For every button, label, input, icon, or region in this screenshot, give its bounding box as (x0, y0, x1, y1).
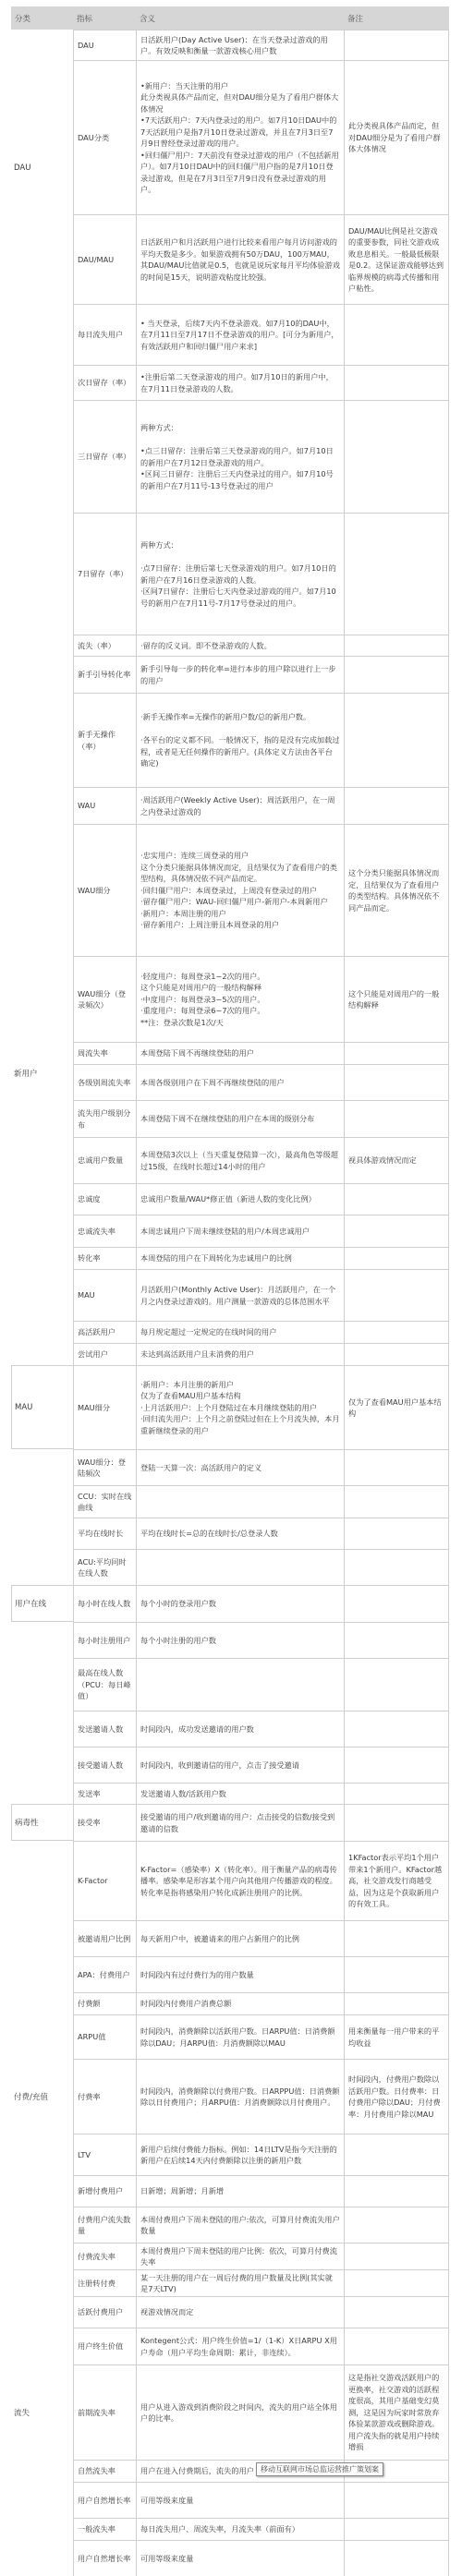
metric-cell: WAU细分：登陆频次 (73, 1449, 136, 1485)
meaning-cell: 时间段内有过付费行为的用户数量 (136, 1956, 344, 1992)
metric-cell-text: 每小时在线人数 (78, 1598, 130, 1610)
metric-cell-text: 付费额 (78, 1998, 101, 2010)
meaning-cell: 两种方式： ·点7日留存：注册后第七天登录游戏的用户。如7月10日的新用户在7月… (136, 513, 344, 635)
note-cell (344, 2518, 449, 2540)
note-cell: 这个只能是对周用户的一般结构解释 (344, 956, 449, 1042)
note-cell: 时间段内，付费用户数除以活跃用户数。日付费率：日付费用户除以DAU；月付费率：月… (344, 2059, 449, 2134)
metric-cell-text: 新手无操作（率） (78, 729, 132, 752)
note-cell (344, 2134, 449, 2175)
meaning-cell: ·新用户：本月注册的新用户 仅为了查看MAU用户基本结构 ·上月活跃用户：上个月… (136, 1365, 344, 1449)
table-row: DAU分类•新用户：当天注册的用户 此分类视具体产品而定，但对DAU细分是为了看… (11, 60, 449, 214)
metric-cell-text: 付费用户流失数量 (78, 2214, 132, 2237)
note-cell: 用来衡量每一用户带来的平均收益 (344, 2014, 449, 2059)
metric-cell-text: K-Factor (78, 1875, 108, 1887)
note-cell (344, 2269, 449, 2296)
table-row: 新增付费用户日新增；周新增；月新增 (11, 2175, 449, 2207)
table-row: 每小时注册用户每个小时注册的用户数 (11, 1622, 449, 1658)
meaning-cell-text: 时间段内，收到邀请信的用户，点击了接受邀请 (140, 1760, 299, 1772)
meaning-cell: 可用等级来度量 (136, 2482, 344, 2518)
note-cell-text: 视具体游戏情况而定 (348, 1155, 417, 1167)
metric-cell: DAU/MAU (73, 214, 136, 304)
meaning-cell: 视游戏情况而定 (136, 2296, 344, 2328)
metric-cell: 三日留存（率） (73, 400, 136, 513)
meaning-cell: 日新增；周新增；月新增 (136, 2175, 344, 2207)
table-row: 忠诚用户数量本周登陆3次以上（当天重复登陆算一次），最高角色等级超过15级，在线… (11, 1137, 449, 1183)
note-cell: 此分类视具体产品而定，但对DAU细分是为了看用户群体大体情况 (344, 60, 449, 214)
hover-tooltip: 移动互联网市场总监运营推广策划案 (256, 2462, 383, 2476)
meaning-cell: 某一天注册的用户在一周后付费的用户数量及比例(其实就是7天LTV) (136, 2269, 344, 2296)
metric-cell: 付费额 (73, 1992, 136, 2014)
metric-cell: 各级别周流失率 (73, 1064, 136, 1100)
metric-cell: 用户终生价值 (73, 2328, 136, 2364)
table-row: 每小时在线人数每个小时的登录用户数 (11, 1585, 449, 1622)
note-cell-text: 时间段内，付费用户数除以活跃用户数。日付费率：日付费用户除以DAU；月付费率：月… (348, 2074, 444, 2120)
metric-cell: 接受邀请人数 (73, 1747, 136, 1783)
meaning-cell: 时间段内，成功发送邀请的用户数 (136, 1711, 344, 1747)
header-meaning: 含义 (140, 13, 155, 24)
meaning-cell-text: 每日流失用户、周流失率，月流失率（前面有） (140, 2523, 299, 2535)
note-cell: DAU/MAU比例是社交游戏的重要参数，同社交游戏成败息息相关。一般最低极限是0… (344, 214, 449, 304)
metric-cell: 新增付费用户 (73, 2175, 136, 2207)
note-cell (344, 2175, 449, 2207)
meaning-cell-text: 本周付费用户下周未登陆的用户比例：依次，可算月付费流失率 (140, 2245, 340, 2268)
note-cell (344, 1585, 449, 1622)
metric-cell-text: 发送邀请人数 (78, 1723, 123, 1735)
table-row: MAU月活跃用户(Monthly Active User)：月活跃用户，在一个月… (11, 1269, 449, 1321)
table-row: 新手引导转化率新手引导每一步的转化率=进行本步的用户除以进行上一步的用户 (11, 656, 449, 693)
note-cell (344, 365, 449, 400)
meaning-cell-text: 本周各级别用户在下周不再继续登陆的用户 (140, 1077, 285, 1089)
metric-cell: APA：付费用户 (73, 1956, 136, 1992)
metric-cell-text: 被邀请用户比例 (78, 1933, 130, 1945)
meaning-cell-text: 每个小时的登录用户数 (140, 1598, 216, 1610)
meaning-cell-text: 发送邀请人数/活跃用户数 (140, 1788, 226, 1800)
note-cell (344, 656, 449, 693)
note-cell (344, 1269, 449, 1321)
note-cell (344, 2328, 449, 2364)
meaning-cell: 每个小时注册的用户数 (136, 1622, 344, 1658)
metric-cell: 流失用户级别分布 (73, 1100, 136, 1137)
metric-cell: 尝试用户 (73, 1343, 136, 1365)
category-label: 病毒性 (11, 1804, 73, 1841)
metric-cell-text: 7日留存（率） (78, 568, 128, 580)
meaning-cell: 每天新用户中，被邀请来的用户占新用户的比例 (136, 1920, 344, 1956)
table-row: 被邀请用户比例每天新用户中，被邀请来的用户占新用户的比例 (11, 1920, 449, 1956)
meaning-cell: 时间段内付费用户消费总额 (136, 1992, 344, 2014)
meaning-cell: 本周登陆下周不再继续登陆的用户 (136, 1042, 344, 1064)
metric-cell: ACU:平均同时在线人数 (73, 1549, 136, 1585)
meaning-cell-text: 忠诚用户数量/WAU*修正值（新进人数的变化比例） (140, 1193, 316, 1205)
note-cell (344, 513, 449, 635)
metric-cell-text: 每日流失用户 (78, 329, 123, 341)
note-cell (344, 1449, 449, 1485)
note-cell (344, 1711, 449, 1747)
meaning-cell: 月活跃用户(Monthly Active User)：月活跃用户，在一个月之内登… (136, 1269, 344, 1321)
table-row: 周流失率本周登陆下周不再继续登陆的用户 (11, 1042, 449, 1064)
metric-cell-text: WAU细分：登陆频次 (78, 1457, 132, 1480)
meaning-cell: ·新手无操作率=无操作的新用户数/总的新用户数。 ·各平台的定义都不同。一般情况… (136, 693, 344, 787)
note-cell (344, 1622, 449, 1658)
metric-cell: 注册转付费 (73, 2269, 136, 2296)
metric-cell-text: DAU分类 (78, 132, 109, 144)
note-cell (344, 1321, 449, 1343)
metric-cell: 每小时在线人数 (73, 1585, 136, 1622)
note-cell-text: 这个只能是对周用户的一般结构解释 (348, 988, 444, 1011)
table-row: 付费用户流失数量本周付费用户下周未登陆的用户:依次，可算月付费流失用户数量 (11, 2207, 449, 2243)
meaning-cell-text: 本周付费用户下周未登陆的用户:依次，可算月付费流失用户数量 (140, 2214, 340, 2237)
metric-cell: 高活跃用户 (73, 1321, 136, 1343)
meaning-cell-text: 本周登陆的用户在下周转化为忠诚用户的比例 (140, 1252, 292, 1264)
meaning-cell-text: ·新用户：本月注册的新用户 仅为了查看MAU用户基本结构 ·上月活跃用户：上个月… (140, 1379, 340, 1437)
note-cell (344, 787, 449, 824)
note-cell (344, 1956, 449, 1992)
metric-cell-text: 接受邀请人数 (78, 1760, 123, 1772)
metric-cell: 新手无操作（率） (73, 693, 136, 787)
meaning-cell: 本周登陆下周不在继续登陆的用户在本周的级别分布 (136, 1100, 344, 1137)
note-cell-text: 用来衡量每一用户带来的平均收益 (348, 2026, 444, 2049)
meaning-cell-text: 时间段内，成功发送邀请的用户数 (140, 1723, 254, 1735)
metric-cell: DAU (73, 30, 136, 60)
meaning-cell-text: 日活跃用户(Day Active User)：在当天登录过游戏的用户。有效反映和… (140, 34, 340, 57)
metric-cell-text: 三日留存（率） (78, 451, 130, 463)
category-label: 付费/充值 (11, 2059, 73, 2134)
metric-cell: 付费用户流失数量 (73, 2207, 136, 2243)
meaning-cell: 平均在线时长=总的在线时长/总登录人数 (136, 1518, 344, 1549)
note-cell (344, 1658, 449, 1711)
table-row: MAU细分·新用户：本月注册的新用户 仅为了查看MAU用户基本结构 ·上月活跃用… (11, 1365, 449, 1449)
meaning-cell-text: 本周登陆3次以上（当天重复登陆算一次），最高角色等级超过15级，在线时长超过14… (140, 1149, 340, 1172)
metric-cell-text: DAU/MAU (78, 254, 114, 266)
meaning-cell: 日活跃用户(Day Active User)：在当天登录过游戏的用户。有效反映和… (136, 30, 344, 60)
table-row: DAU日活跃用户(Day Active User)：在当天登录过游戏的用户。有效… (11, 30, 449, 60)
meaning-cell-text: 新用户后续付费能力指标。例如：14日LTV是指今天注册的新用户在后续14天内付费… (140, 2144, 340, 2167)
table-row: WAU·周活跃用户(Weekly Active User)：周活跃用户，在一周之… (11, 787, 449, 824)
table-row: 次日留存（率）•注册后第二天登录游戏的用户。如7月10日的新用户中，在7月11日… (11, 365, 449, 400)
note-cell (344, 1783, 449, 1804)
metric-cell: 发送邀请人数 (73, 1711, 136, 1747)
metric-cell: 最高在线人数（PCU：每日峰值） (73, 1658, 136, 1711)
metric-cell: 平均在线时长 (73, 1518, 136, 1549)
table-row: 接受率接受邀请的用户/收到邀请的用户：点击接受的信数/接受到邀请的信数 (11, 1804, 449, 1841)
meaning-cell: 每个小时的登录用户数 (136, 1585, 344, 1622)
note-cell (344, 400, 449, 513)
meaning-cell: 可用等级来度量 (136, 2540, 344, 2576)
metric-cell-text: 前期流失率 (78, 2407, 115, 2419)
meaning-cell-text: 可用等级来度量 (140, 2553, 193, 2565)
note-cell (344, 635, 449, 656)
meaning-cell-text: •新用户：当天注册的用户 此分类视具体产品而定，但对DAU细分是为了看用户群体大… (140, 80, 340, 196)
meaning-cell: 本周登陆的用户在下周转化为忠诚用户的比例 (136, 1247, 344, 1269)
note-cell-text: DAU/MAU比例是社交游戏的重要参数，同社交游戏成败息息相关。一般最低极限是0… (348, 225, 444, 295)
note-cell (344, 2207, 449, 2243)
table-row: 用户终生价值Kontegent公式：用户终生价值=1/（1-K）X日ARPU X… (11, 2328, 449, 2364)
table-row: 用户自然增长率可用等级来度量 (11, 2540, 449, 2576)
metric-cell: 每小时注册用户 (73, 1622, 136, 1658)
metric-cell-text: 各级别周流失率 (78, 1077, 130, 1089)
meaning-cell-text: 时间段内，消费额除以付费用户数。日ARPPU值：日消费额除以日付费用户；月ARP… (140, 2086, 340, 2109)
meaning-cell: 本周各级别用户在下周不再继续登陆的用户 (136, 1064, 344, 1100)
meaning-cell: ·忠实用户：连续三周登录的用户 这个分类只能据具体情况而定，且结果仅为了查看用户… (136, 824, 344, 956)
meaning-cell: •新用户：当天注册的用户 此分类视具体产品而定，但对DAU细分是为了看用户群体大… (136, 60, 344, 214)
meaning-cell-text: 两种方式： ·点7日留存：注册后第七天登录游戏的用户。如7月10日的新用户在7月… (140, 539, 340, 609)
metric-cell: WAU细分（登录频次） (73, 956, 136, 1042)
table-row: 转化率本周登陆的用户在下周转化为忠诚用户的比例 (11, 1247, 449, 1269)
meaning-cell-text: 视游戏情况而定 (140, 2306, 193, 2318)
meaning-cell: •注册后第二天登录游戏的用户。如7月10日的新用户中，在7月11日登录游戏的人数… (136, 365, 344, 400)
meaning-cell (136, 1658, 344, 1711)
meaning-cell: 本周忠诚用户下周未继续登陆的用户/本周忠诚用户 (136, 1215, 344, 1247)
note-cell (344, 1804, 449, 1841)
meaning-cell: 新用户后续付费能力指标。例如：14日LTV是指今天注册的新用户在后续14天内付费… (136, 2134, 344, 2175)
metric-cell-text: WAU细分 (78, 885, 111, 897)
meaning-cell-text: 时间段内付费用户消费总额 (140, 1998, 231, 2010)
table-row: 各级别周流失率本周各级别用户在下周不再继续登陆的用户 (11, 1064, 449, 1100)
metric-cell: 忠诚用户数量 (73, 1137, 136, 1183)
meaning-cell: ·留存的反义词。即不登录游戏的人数。 (136, 635, 344, 656)
metric-cell-text: LTV (78, 2149, 91, 2161)
table-row: 付费率时间段内，消费额除以付费用户数。日ARPPU值：日消费额除以日付费用户；月… (11, 2059, 449, 2134)
meaning-cell: 每月规定超过一定规定的在线时间的用户 (136, 1321, 344, 1343)
metric-cell: 一般流失率 (73, 2518, 136, 2540)
table-row: 一般流失率每日流失用户、周流失率，月流失率（前面有） (11, 2518, 449, 2540)
meaning-cell (136, 1485, 344, 1518)
meaning-cell-text: 时间段内有过付费行为的用户数量 (140, 1969, 254, 1981)
meaning-cell-text: 某一天注册的用户在一周后付费的用户数量及比例(其实就是7天LTV) (140, 2272, 340, 2295)
table-row: WAU细分：登陆频次登陆一天算一次：高活跃用户的定义 (11, 1449, 449, 1485)
note-cell (344, 1215, 449, 1247)
metric-cell: 被邀请用户比例 (73, 1920, 136, 1956)
metric-cell-text: 用户自然增长率 (78, 2553, 130, 2565)
meaning-cell: 日活跃用户和月活跃用户进行比较来看用户每月访问游戏的平均天数是多少。如果游戏拥有… (136, 214, 344, 304)
table-row: 忠诚流失率本周忠诚用户下周未继续登陆的用户/本周忠诚用户 (11, 1215, 449, 1247)
meaning-cell: Kontegent公式：用户终生价值=1/（1-K）X日ARPU X用户寿命（用… (136, 2328, 344, 2364)
meaning-cell-text: 未达到高活跃用户且未消费的用户 (140, 1348, 254, 1361)
metric-cell-text: 用户自然增长率 (78, 2495, 130, 2507)
note-cell-text: 1KFactor表示平均1个用户带来1个新用户。KFactor越高，社交游戏发行… (348, 1852, 444, 1910)
metric-cell-text: APA：付费用户 (78, 1969, 130, 1981)
metric-cell-text: 付费率 (78, 2091, 101, 2103)
header-category: 分类 (15, 13, 30, 24)
meaning-cell-text: 两种方式： •点三日留存：注册后第三天登录游戏的用户。如7月10日的新用户在7月… (140, 422, 340, 491)
note-cell (344, 1183, 449, 1215)
metric-cell-text: MAU (78, 1289, 95, 1301)
meaning-cell: 本周付费用户下周未登陆的用户比例：依次，可算月付费流失率 (136, 2243, 344, 2269)
metric-cell: WAU (73, 787, 136, 824)
meaning-cell-text: 时间段内，消费额除以活跃用户数。日ARPU值：日消费额除以DAU；月ARPU值：… (140, 2026, 340, 2049)
metric-cell: MAU细分 (73, 1365, 136, 1449)
table-row: 新手无操作（率）·新手无操作率=无操作的新用户数/总的新用户数。 ·各平台的定义… (11, 693, 449, 787)
meaning-cell: 忠诚用户数量/WAU*修正值（新进人数的变化比例） (136, 1183, 344, 1215)
metric-cell-text: 新增付费用户 (78, 2185, 123, 2197)
metric-cell: MAU (73, 1269, 136, 1321)
meaning-cell: • 当天登录，后续7天内不登录游戏。如7月10的DAU中，在7月11日至7月17… (136, 304, 344, 365)
note-cell-text: 此分类视具体产品而定，但对DAU细分是为了看用户群体大体情况 (348, 120, 444, 155)
table-row: 用户自然增长率可用等级来度量 (11, 2482, 449, 2518)
note-cell (344, 1100, 449, 1137)
meaning-cell-text: ·轻度用户：每周登录1~2次的用户。 这个只能是对周用户的一般结构解释 ·中度用… (140, 971, 265, 1029)
table-row: CCU：实时在线曲线 (11, 1485, 449, 1518)
table-row: 付费额时间段内付费用户消费总额 (11, 1992, 449, 2014)
note-cell (344, 2482, 449, 2518)
meaning-cell-text: 本周忠诚用户下周未继续登陆的用户/本周忠诚用户 (140, 1226, 310, 1238)
metric-cell: 付费流失率 (73, 2243, 136, 2269)
meaning-cell-text: 本周登陆下周不再继续登陆的用户 (140, 1047, 254, 1059)
meaning-cell (136, 1549, 344, 1585)
metric-cell: 付费率 (73, 2059, 136, 2134)
metric-cell-text: 忠诚度 (78, 1193, 101, 1205)
metric-cell: CCU：实时在线曲线 (73, 1485, 136, 1518)
metric-cell: 前期流失率 (73, 2364, 136, 2460)
metric-cell: 7日留存（率） (73, 513, 136, 635)
note-cell (344, 1992, 449, 2014)
table-row: 流失用户级别分布本周登陆下周不在继续登陆的用户在本周的级别分布 (11, 1100, 449, 1137)
note-cell (344, 1485, 449, 1518)
metric-cell-text: CCU：实时在线曲线 (78, 1491, 132, 1514)
metric-cell-text: 用户终生价值 (78, 2340, 123, 2352)
metric-cell-text: 流失用户级别分布 (78, 1107, 132, 1131)
meaning-cell: 发送邀请人数/活跃用户数 (136, 1783, 344, 1804)
metric-cell: 流失（率） (73, 635, 136, 656)
metric-cell-text: 自然流失率 (78, 2465, 115, 2477)
metric-cell: 发送率 (73, 1783, 136, 1804)
meaning-cell-text: 登陆一天算一次：高活跃用户的定义 (140, 1462, 261, 1474)
table-row: WAU细分（登录频次）·轻度用户：每周登录1~2次的用户。 这个只能是对周用户的… (11, 956, 449, 1042)
table-row: 忠诚度忠诚用户数量/WAU*修正值（新进人数的变化比例） (11, 1183, 449, 1215)
metric-cell-text: 接受率 (78, 1817, 101, 1829)
meaning-cell: 时间段内，消费额除以付费用户数。日ARPPU值：日消费额除以日付费用户；月ARP… (136, 2059, 344, 2134)
table-row: ARPU值时间段内，消费额除以活跃用户数。日ARPU值：日消费额除以DAU；月A… (11, 2014, 449, 2059)
metric-cell: ARPU值 (73, 2014, 136, 2059)
note-cell: 1KFactor表示平均1个用户带来1个新用户。KFactor越高，社交游戏发行… (344, 1841, 449, 1920)
note-cell (344, 30, 449, 60)
meaning-cell: 登陆一天算一次：高活跃用户的定义 (136, 1449, 344, 1485)
metric-cell: 用户自然增长率 (73, 2540, 136, 2576)
category-label: MAU (11, 1365, 73, 1449)
metric-cell-text: 注册转付费 (78, 2278, 115, 2290)
metric-cell-text: WAU (78, 800, 95, 812)
category-label: DAU (11, 30, 73, 307)
meaning-cell-text: ·新手无操作率=无操作的新用户数/总的新用户数。 ·各平台的定义都不同。一般情况… (140, 711, 340, 769)
note-cell: 视具体游戏情况而定 (344, 1137, 449, 1183)
table-row: 7日留存（率）两种方式： ·点7日留存：注册后第七天登录游戏的用户。如7月10日… (11, 513, 449, 635)
table-row: WAU细分·忠实用户：连续三周登录的用户 这个分类只能据具体情况而定，且结果仅为… (11, 824, 449, 956)
table-row: 发送率发送邀请人数/活跃用户数 (11, 1783, 449, 1804)
table-row: 发送邀请人数时间段内，成功发送邀请的用户数 (11, 1711, 449, 1747)
meaning-cell: 未达到高活跃用户且未消费的用户 (136, 1343, 344, 1365)
metric-cell-text: 忠诚流失率 (78, 1226, 115, 1238)
table-row: 接受邀请人数时间段内，收到邀请信的用户，点击了接受邀请 (11, 1747, 449, 1783)
metric-cell: 次日留存（率） (73, 365, 136, 400)
metric-cell: 新手引导转化率 (73, 656, 136, 693)
note-cell: 仅为了查看MAU用户基本结构 (344, 1365, 449, 1449)
meaning-cell-text: 可用等级来度量 (140, 2495, 193, 2507)
note-cell (344, 2243, 449, 2269)
note-cell (344, 2540, 449, 2576)
metric-cell-text: 最高在线人数（PCU：每日峰值） (78, 1667, 132, 1702)
meaning-cell: 本周付费用户下周未登陆的用户:依次，可算月付费流失用户数量 (136, 2207, 344, 2243)
note-cell (344, 1343, 449, 1365)
table-row: 注册转付费某一天注册的用户在一周后付费的用户数量及比例(其实就是7天LTV) (11, 2269, 449, 2296)
table-row: 高活跃用户每月规定超过一定规定的在线时间的用户 (11, 1321, 449, 1343)
metric-cell-text: 付费流失率 (78, 2251, 115, 2263)
metric-cell-text: 忠诚用户数量 (78, 1155, 123, 1167)
note-cell (344, 1064, 449, 1100)
metric-cell-text: 平均在线时长 (78, 1528, 123, 1540)
metric-cell: 活跃付费用户 (73, 2296, 136, 2328)
metric-cell-text: WAU细分（登录频次） (78, 988, 132, 1011)
metric-cell-text: 一般流失率 (78, 2523, 115, 2535)
meaning-cell-text: 日新增；周新增；月新增 (140, 2185, 224, 2197)
table-row: ACU:平均同时在线人数 (11, 1549, 449, 1585)
metric-cell-text: 发送率 (78, 1788, 101, 1800)
meaning-cell-text: 接受邀请的用户/收到邀请的用户：点击接受的信数/接受到邀请的信数 (140, 1811, 340, 1834)
category-label: 新用户 (11, 787, 73, 1360)
metric-cell: 自然流失率 (73, 2460, 136, 2482)
metric-cell: K-Factor (73, 1841, 136, 1920)
table-row: DAU/MAU日活跃用户和月活跃用户进行比较来看用户每月访问游戏的平均天数是多少… (11, 214, 449, 304)
meaning-cell-text: 月活跃用户(Monthly Active User)：月活跃用户，在一个月之内登… (140, 1284, 340, 1307)
note-cell (344, 1549, 449, 1585)
meaning-cell-text: Kontegent公式：用户终生价值=1/（1-K）X日ARPU X用户寿命（用… (140, 2335, 340, 2358)
metric-cell: 忠诚度 (73, 1183, 136, 1215)
metric-cell-text: 尝试用户 (78, 1348, 108, 1361)
metric-cell: 忠诚流失率 (73, 1215, 136, 1247)
category-label: 流失 (11, 2364, 73, 2460)
table-row: 最高在线人数（PCU：每日峰值） (11, 1658, 449, 1711)
meaning-cell-text: ·周活跃用户(Weekly Active User)：周活跃用户，在一周之内登录… (140, 794, 340, 817)
note-cell (344, 304, 449, 365)
meaning-cell: 本周登陆3次以上（当天重复登陆算一次），最高角色等级超过15级，在线时长超过14… (136, 1137, 344, 1183)
meaning-cell: 时间段内，消费额除以活跃用户数。日ARPU值：日消费额除以DAU；月ARPU值：… (136, 2014, 344, 2059)
metric-cell: 每日流失用户 (73, 304, 136, 365)
metric-cell-text: 活跃付费用户 (78, 2306, 123, 2318)
metric-cell: DAU分类 (73, 60, 136, 214)
category-label: 用户在线 (11, 1585, 73, 1622)
metric-cell-text: 每小时注册用户 (78, 1635, 130, 1647)
meaning-cell-text: • 当天登录，后续7天内不登录游戏。如7月10的DAU中，在7月11日至7月17… (140, 318, 340, 353)
note-cell-text: 这个分类只能据具体情况而定，且结果仅为了查看用户的类型结构。具体情况依不同产品而… (348, 867, 444, 913)
meaning-cell-text: ·忠实用户：连续三周登录的用户 这个分类只能据具体情况而定，且结果仅为了查看用户… (140, 850, 340, 931)
meaning-cell-text: 平均在线时长=总的在线时长/总登录人数 (140, 1528, 278, 1540)
meaning-cell: 接受邀请的用户/收到邀请的用户：点击接受的信数/接受到邀请的信数 (136, 1804, 344, 1841)
metric-cell-text: 次日留存（率） (78, 377, 130, 389)
metric-cell: 用户自然增长率 (73, 2482, 136, 2518)
meaning-cell-text: ·留存的反义词。即不登录游戏的人数。 (140, 640, 272, 652)
meaning-cell: 时间段内，收到邀请信的用户，点击了接受邀请 (136, 1747, 344, 1783)
metric-cell-text: ACU:平均同时在线人数 (78, 1556, 132, 1579)
meaning-cell: 新手引导每一步的转化率=进行本步的用户除以进行上一步的用户 (136, 656, 344, 693)
note-cell (344, 693, 449, 787)
table-header: 分类 指标 含义 备注 (11, 6, 449, 30)
note-cell (344, 2296, 449, 2328)
meaning-cell-text: 用户在进入付费期后，流失的用户 (140, 2465, 254, 2477)
metric-cell-text: 流失（率） (78, 640, 115, 652)
metric-cell: 周流失率 (73, 1042, 136, 1064)
note-cell (344, 1747, 449, 1783)
note-cell (344, 1920, 449, 1956)
table-row: 平均在线时长平均在线时长=总的在线时长/总登录人数 (11, 1518, 449, 1549)
meaning-cell-text: K-Factor=（感染率）X（转化率）。用于衡量产品的病毒传播率。感染率是形容… (140, 1864, 340, 1899)
table-row: 每日流失用户• 当天登录，后续7天内不登录游戏。如7月10的DAU中，在7月11… (11, 304, 449, 365)
metric-cell-text: DAU (78, 40, 94, 52)
meaning-cell-text: 本周登陆下周不在继续登陆的用户在本周的级别分布 (140, 1113, 314, 1125)
meaning-cell-text: 新手引导每一步的转化率=进行本步的用户除以进行上一步的用户 (140, 663, 340, 686)
table-row: 前期流失率用户从进入游戏到消费阶段之时间内，流失的用户站全体用户的比率。这是指社… (11, 2364, 449, 2460)
table-row: 活跃付费用户视游戏情况而定 (11, 2296, 449, 2328)
meaning-cell-text: 用户从进入游戏到消费阶段之时间内，流失的用户站全体用户的比率。 (140, 2401, 340, 2425)
metric-cell-text: 转化率 (78, 1252, 101, 1264)
note-cell (344, 1247, 449, 1269)
